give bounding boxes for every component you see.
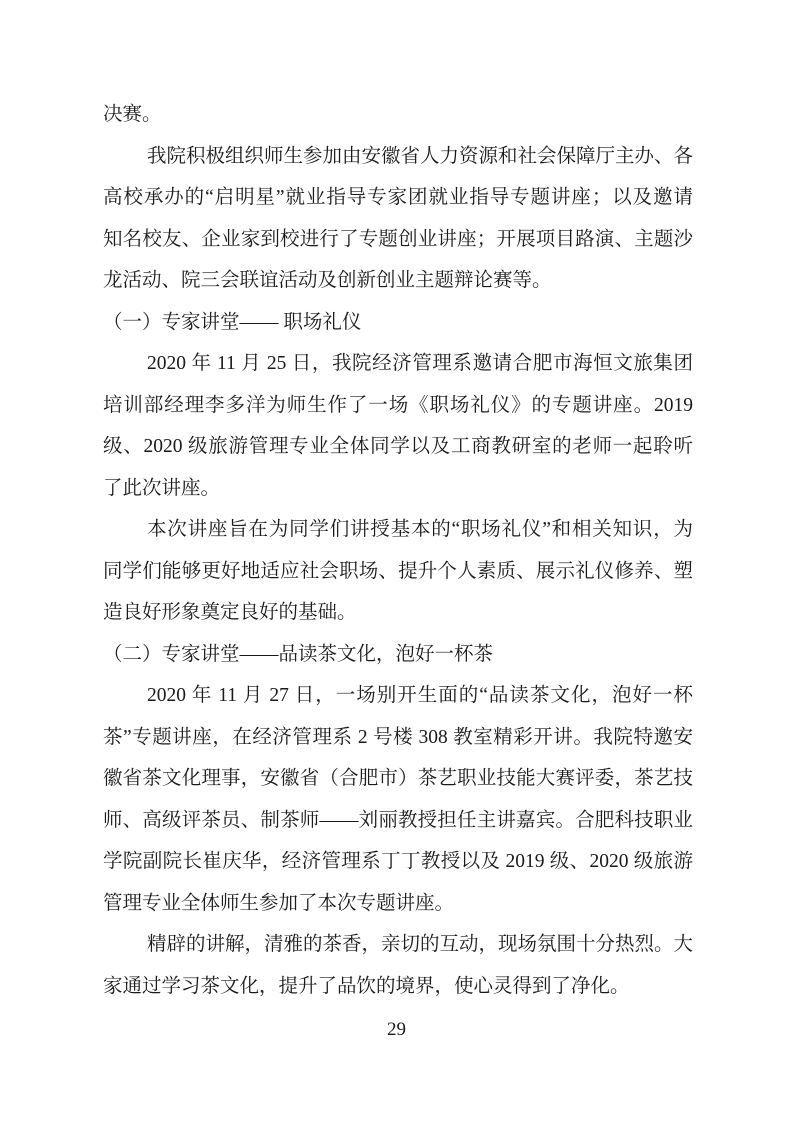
text-line: 同学们能够更好地适应社会职场、提升个人素质、展示礼仪修养、塑 xyxy=(103,551,693,593)
section-heading-2: （二）专家讲堂——品读茶文化，泡好一杯茶 xyxy=(103,634,693,676)
body-paragraph: 本次讲座旨在为同学们讲授基本的“职场礼仪”和相关知识，为 同学们能够更好地适应社… xyxy=(103,509,693,634)
section-heading-1: （一）专家讲堂—— 职场礼仪 xyxy=(103,302,693,344)
text-line: 龙活动、院三会联谊活动及创新创业主题辩论赛等。 xyxy=(103,260,693,302)
text-line: 造良好形象奠定良好的基础。 xyxy=(103,592,693,634)
text-line: 师、高级评茶员、制茶师——刘丽教授担任主讲嘉宾。合肥科技职业 xyxy=(103,800,693,842)
text-line: 本次讲座旨在为同学们讲授基本的“职场礼仪”和相关知识，为 xyxy=(103,509,693,551)
text-line: 高校承办的“启明星”就业指导专家团就业指导专题讲座；以及邀请 xyxy=(103,177,693,219)
text-line: 培训部经理李多洋为师生作了一场《职场礼仪》的专题讲座。2019 xyxy=(103,385,693,427)
body-paragraph: 精辟的讲解，清雅的茶香，亲切的互动，现场氛围十分热烈。大 家通过学习茶文化，提升… xyxy=(103,924,693,1007)
text-line: 知名校友、企业家到校进行了专题创业讲座；开展项目路演、主题沙 xyxy=(103,219,693,261)
text-line: 决赛。 xyxy=(103,94,693,136)
text-line: 徽省茶文化理事，安徽省（合肥市）茶艺职业技能大赛评委，茶艺技 xyxy=(103,758,693,800)
text-line: 2020 年 11 月 25 日，我院经济管理系邀请合肥市海恒文旅集团 xyxy=(103,343,693,385)
document-page: 决赛。 我院积极组织师生参加由安徽省人力资源和社会保障厅主办、各 高校承办的“启… xyxy=(0,0,793,1122)
body-paragraph: 2020 年 11 月 25 日，我院经济管理系邀请合肥市海恒文旅集团 培训部经… xyxy=(103,343,693,509)
heading-line: （一）专家讲堂—— 职场礼仪 xyxy=(103,302,693,344)
paragraph-continuation: 决赛。 xyxy=(103,94,693,136)
body-paragraph: 我院积极组织师生参加由安徽省人力资源和社会保障厅主办、各 高校承办的“启明星”就… xyxy=(103,136,693,302)
heading-line: （二）专家讲堂——品读茶文化，泡好一杯茶 xyxy=(103,634,693,676)
page-body: 决赛。 我院积极组织师生参加由安徽省人力资源和社会保障厅主办、各 高校承办的“启… xyxy=(103,94,693,1007)
text-line: 管理专业全体师生参加了本次专题讲座。 xyxy=(103,883,693,925)
text-line: 2020 年 11 月 27 日，一场别开生面的“品读茶文化，泡好一杯 xyxy=(103,675,693,717)
text-line: 级、2020 级旅游管理专业全体同学以及工商教研室的老师一起聆听 xyxy=(103,426,693,468)
text-line: 精辟的讲解，清雅的茶香，亲切的互动，现场氛围十分热烈。大 xyxy=(103,924,693,966)
text-line: 家通过学习茶文化，提升了品饮的境界，使心灵得到了净化。 xyxy=(103,966,693,1008)
text-line: 我院积极组织师生参加由安徽省人力资源和社会保障厅主办、各 xyxy=(103,136,693,178)
page-number: 29 xyxy=(0,1018,793,1042)
text-line: 茶”专题讲座，在经济管理系 2 号楼 308 教室精彩开讲。我院特邀安 xyxy=(103,717,693,759)
text-line: 学院副院长崔庆华，经济管理系丁丁教授以及 2019 级、2020 级旅游 xyxy=(103,841,693,883)
text-line: 了此次讲座。 xyxy=(103,468,693,510)
body-paragraph: 2020 年 11 月 27 日，一场别开生面的“品读茶文化，泡好一杯 茶”专题… xyxy=(103,675,693,924)
